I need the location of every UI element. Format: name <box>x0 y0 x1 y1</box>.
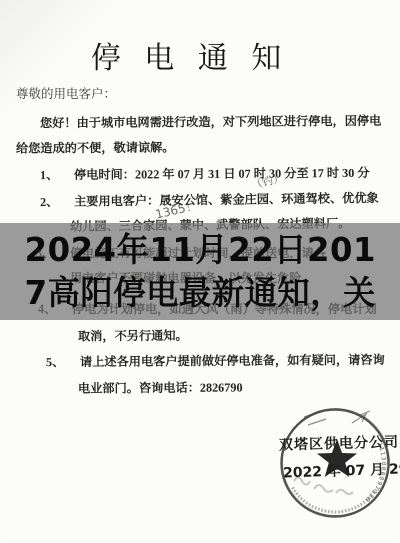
item-5-number: 5、 <box>46 353 80 370</box>
issuer-name: 双塔区供电分公司 <box>279 431 399 454</box>
intro-line-2: 给您造成的不便，敬请谅解。 <box>16 138 175 156</box>
item-1-text: 停电时间：2022 年 07 月 31 日 07 时 30 分至 17 时 30… <box>74 166 370 182</box>
item-5-row: 5、请上述各用电客户提前做好停电准备，如有疑问，请咨询 <box>46 351 385 370</box>
overlay-banner: 2024年11月22日201 7高阳停电最新通知，关 <box>0 223 400 320</box>
issue-date: 2022 年 07 月 29 日 <box>283 457 400 482</box>
item-5-text-line-2: 电业部门。咨询电话：2826790 <box>78 378 243 396</box>
item-1-number: 1、 <box>40 166 74 183</box>
item-2-number: 2、 <box>40 193 74 210</box>
salutation: 尊敬的用电客户： <box>16 84 116 102</box>
intro-line-1: 您好！由于城市电网需进行改造，对下列地区进行停电，因停电 <box>40 112 381 131</box>
item-5-text: 请上述各用电客户提前做好停电准备，如有疑问，请咨询 <box>80 353 385 369</box>
overlay-headline-line-2: 7高阳停电最新通知，关 <box>24 271 375 314</box>
item-2-text: 主要用电客户：晟安公馆、紫金庄园、环通驾校、优优象 <box>74 191 379 209</box>
notice-photo: 停 电 通 知 尊敬的用电客户： 您好！由于城市电网需进行改造，对下列地区进行停… <box>0 0 400 543</box>
overlay-headline-line-1: 2024年11月22日201 <box>24 228 375 271</box>
notice-title: 停 电 通 知 <box>0 33 380 77</box>
item-2-row: 2、主要用电客户：晟安公馆、紫金庄园、环通驾校、优优象 <box>40 189 379 210</box>
item-1-row: 1、停电时间：2022 年 07 月 31 日 07 时 30 分至 17 时 … <box>40 164 370 183</box>
item-4-text-line-2: 取消，不另行通知。 <box>78 327 188 345</box>
